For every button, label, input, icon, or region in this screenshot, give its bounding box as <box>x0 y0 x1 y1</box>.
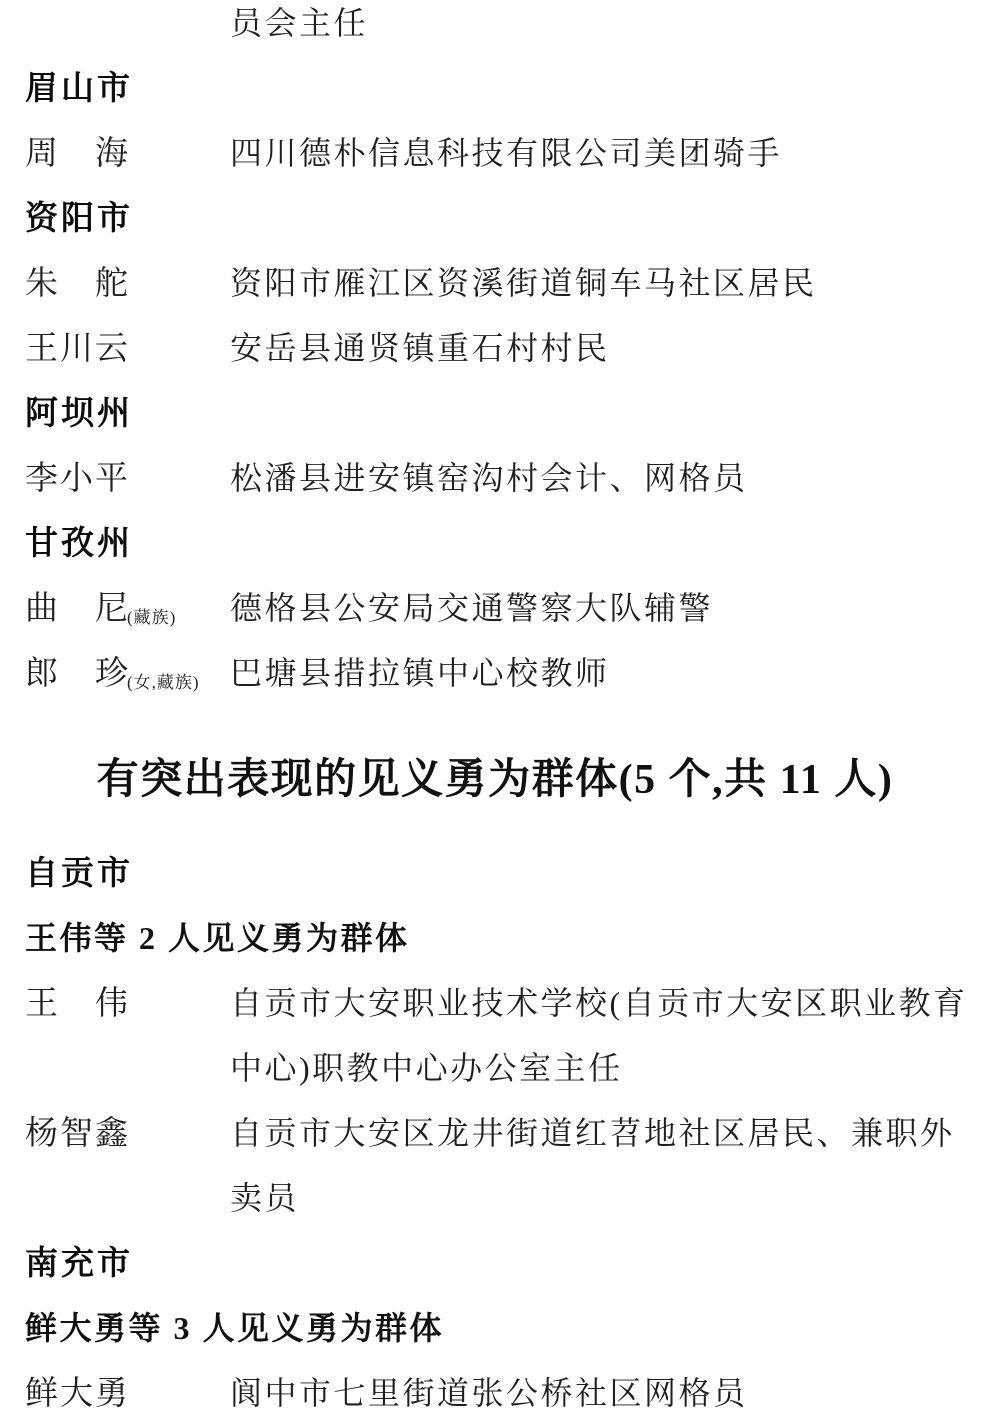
group-heading: 鲜大勇等 3 人见义勇为群体 <box>25 1303 444 1349</box>
affiliation-text: 资阳市雁江区资溪街道铜车马社区居民 <box>230 258 817 304</box>
honoree-row: 李小平 松潘县进安镇窑沟村会计、网格员 <box>0 443 990 508</box>
ethnicity-note: (藏族) <box>127 603 176 628</box>
carryover-affiliation-line: 员会主任 <box>230 0 368 44</box>
person-name: 李小平 <box>25 452 125 499</box>
city-heading-nanchong: 南充市 <box>25 1237 133 1284</box>
person-name: 王川云 <box>25 322 125 369</box>
city-heading-row: 资阳市 <box>0 183 990 248</box>
ethnicity-note: (女,藏族) <box>127 668 200 693</box>
honoree-row: 朱 舵 资阳市雁江区资溪街道铜车马社区居民 <box>0 248 990 313</box>
affiliation-text: 巴塘县措拉镇中心校教师 <box>230 648 610 694</box>
affiliation-text: 松潘县进安镇窑沟村会计、网格员 <box>230 453 748 499</box>
section-title: 有突出表现的见义勇为群体(5 个,共 11 人) <box>97 746 894 806</box>
city-heading-row: 南充市 <box>0 1228 990 1293</box>
person-name: 郎 珍 <box>25 647 125 694</box>
affiliation-text: 德格县公安局交通警察大队辅警 <box>230 583 713 629</box>
person-name: 鲜大勇 <box>25 1367 125 1414</box>
affiliation-text: 阆中市七里街道张公桥社区网格员 <box>230 1368 748 1414</box>
affiliation-text: 自贡市大安职业技术学校(自贡市大安区职业教育 <box>230 978 968 1024</box>
honoree-row: 王川云 安岳县通贤镇重石村村民 <box>0 313 990 378</box>
person-name: 王 伟 <box>25 977 125 1024</box>
city-heading-row: 眉山市 <box>0 53 990 118</box>
city-heading-ganzi: 甘孜州 <box>25 517 133 564</box>
affiliation-text: 自贡市大安区龙井街道红苕地社区居民、兼职外 <box>230 1108 955 1154</box>
city-heading-ziyang: 资阳市 <box>25 192 133 239</box>
person-name: 杨智鑫 <box>25 1107 125 1154</box>
honoree-row: 王 伟 自贡市大安职业技术学校(自贡市大安区职业教育 <box>0 968 990 1033</box>
name-gutter: (藏族) <box>125 593 230 618</box>
city-heading-zigong: 自贡市 <box>25 847 133 894</box>
city-heading-row: 自贡市 <box>0 838 990 903</box>
city-heading-row: 甘孜州 <box>0 508 990 573</box>
affiliation-continuation: 中心)职教中心办公室主任 <box>230 1043 623 1089</box>
honoree-row: 鲜大勇 阆中市七里街道张公桥社区网格员 <box>0 1358 990 1418</box>
city-heading-aba: 阿坝州 <box>25 387 133 434</box>
honoree-row-continuation: 卖员 <box>0 1163 990 1228</box>
name-gutter: (女,藏族) <box>125 658 230 683</box>
honoree-row: 周 海 四川德朴信息科技有限公司美团骑手 <box>0 118 990 183</box>
city-heading-meishan: 眉山市 <box>25 62 133 109</box>
group-heading-row: 鲜大勇等 3 人见义勇为群体 <box>0 1293 990 1358</box>
group-heading: 王伟等 2 人见义勇为群体 <box>25 913 410 959</box>
section-title-row: 有突出表现的见义勇为群体(5 个,共 11 人) <box>0 743 990 808</box>
honoree-row: 杨智鑫 自贡市大安区龙井街道红苕地社区居民、兼职外 <box>0 1098 990 1163</box>
carryover-row: 员会主任 <box>0 0 990 53</box>
honoree-row: 郎 珍 (女,藏族) 巴塘县措拉镇中心校教师 <box>0 638 990 703</box>
honoree-row: 曲 尼 (藏族) 德格县公安局交通警察大队辅警 <box>0 573 990 638</box>
person-name: 朱 舵 <box>25 257 125 304</box>
affiliation-text: 四川德朴信息科技有限公司美团骑手 <box>230 128 782 174</box>
group-heading-row: 王伟等 2 人见义勇为群体 <box>0 903 990 968</box>
affiliation-text: 安岳县通贤镇重石村村民 <box>230 323 610 369</box>
honoree-row-continuation: 中心)职教中心办公室主任 <box>0 1033 990 1098</box>
document-content: 员会主任 眉山市 周 海 四川德朴信息科技有限公司美团骑手 资阳市 朱 舵 资阳… <box>0 0 990 1418</box>
person-name: 曲 尼 <box>25 582 125 629</box>
city-heading-row: 阿坝州 <box>0 378 990 443</box>
document-page: 员会主任 眉山市 周 海 四川德朴信息科技有限公司美团骑手 资阳市 朱 舵 资阳… <box>0 0 990 1418</box>
person-name: 周 海 <box>25 127 125 174</box>
affiliation-continuation: 卖员 <box>230 1173 299 1219</box>
